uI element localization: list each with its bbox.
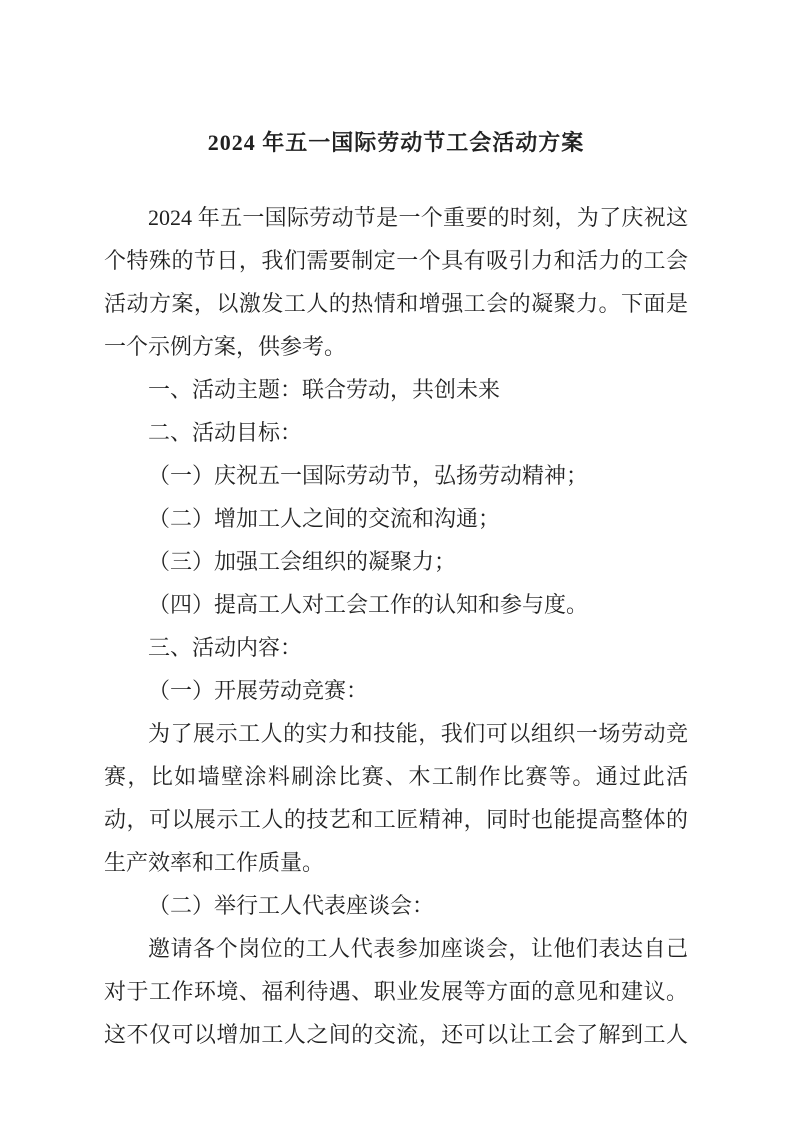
paragraph: 三、活动内容： (104, 626, 688, 669)
paragraph: 为了展示工人的实力和技能，我们可以组织一场劳动竞赛，比如墙壁涂料刷涂比赛、木工制… (104, 712, 688, 884)
paragraph: （一）庆祝五一国际劳动节，弘扬劳动精神； (104, 454, 688, 497)
paragraph: （二）增加工人之间的交流和沟通； (104, 497, 688, 540)
document-body: 2024 年五一国际劳动节是一个重要的时刻，为了庆祝这个特殊的节日，我们需要制定… (104, 196, 688, 1056)
document-page: 2024 年五一国际劳动节工会活动方案 2024 年五一国际劳动节是一个重要的时… (0, 0, 793, 1122)
paragraph: （一）开展劳动竞赛： (104, 669, 688, 712)
paragraph: 邀请各个岗位的工人代表参加座谈会，让他们表达自己对于工作环境、福利待遇、职业发展… (104, 927, 688, 1056)
paragraph: （三）加强工会组织的凝聚力； (104, 540, 688, 583)
paragraph: （四）提高工人对工会工作的认知和参与度。 (104, 583, 688, 626)
paragraph: 二、活动目标： (104, 411, 688, 454)
paragraph: 2024 年五一国际劳动节是一个重要的时刻，为了庆祝这个特殊的节日，我们需要制定… (104, 196, 688, 368)
paragraph: （二）举行工人代表座谈会： (104, 884, 688, 927)
document-title: 2024 年五一国际劳动节工会活动方案 (104, 121, 688, 165)
paragraph: 一、活动主题：联合劳动，共创未来 (104, 368, 688, 411)
